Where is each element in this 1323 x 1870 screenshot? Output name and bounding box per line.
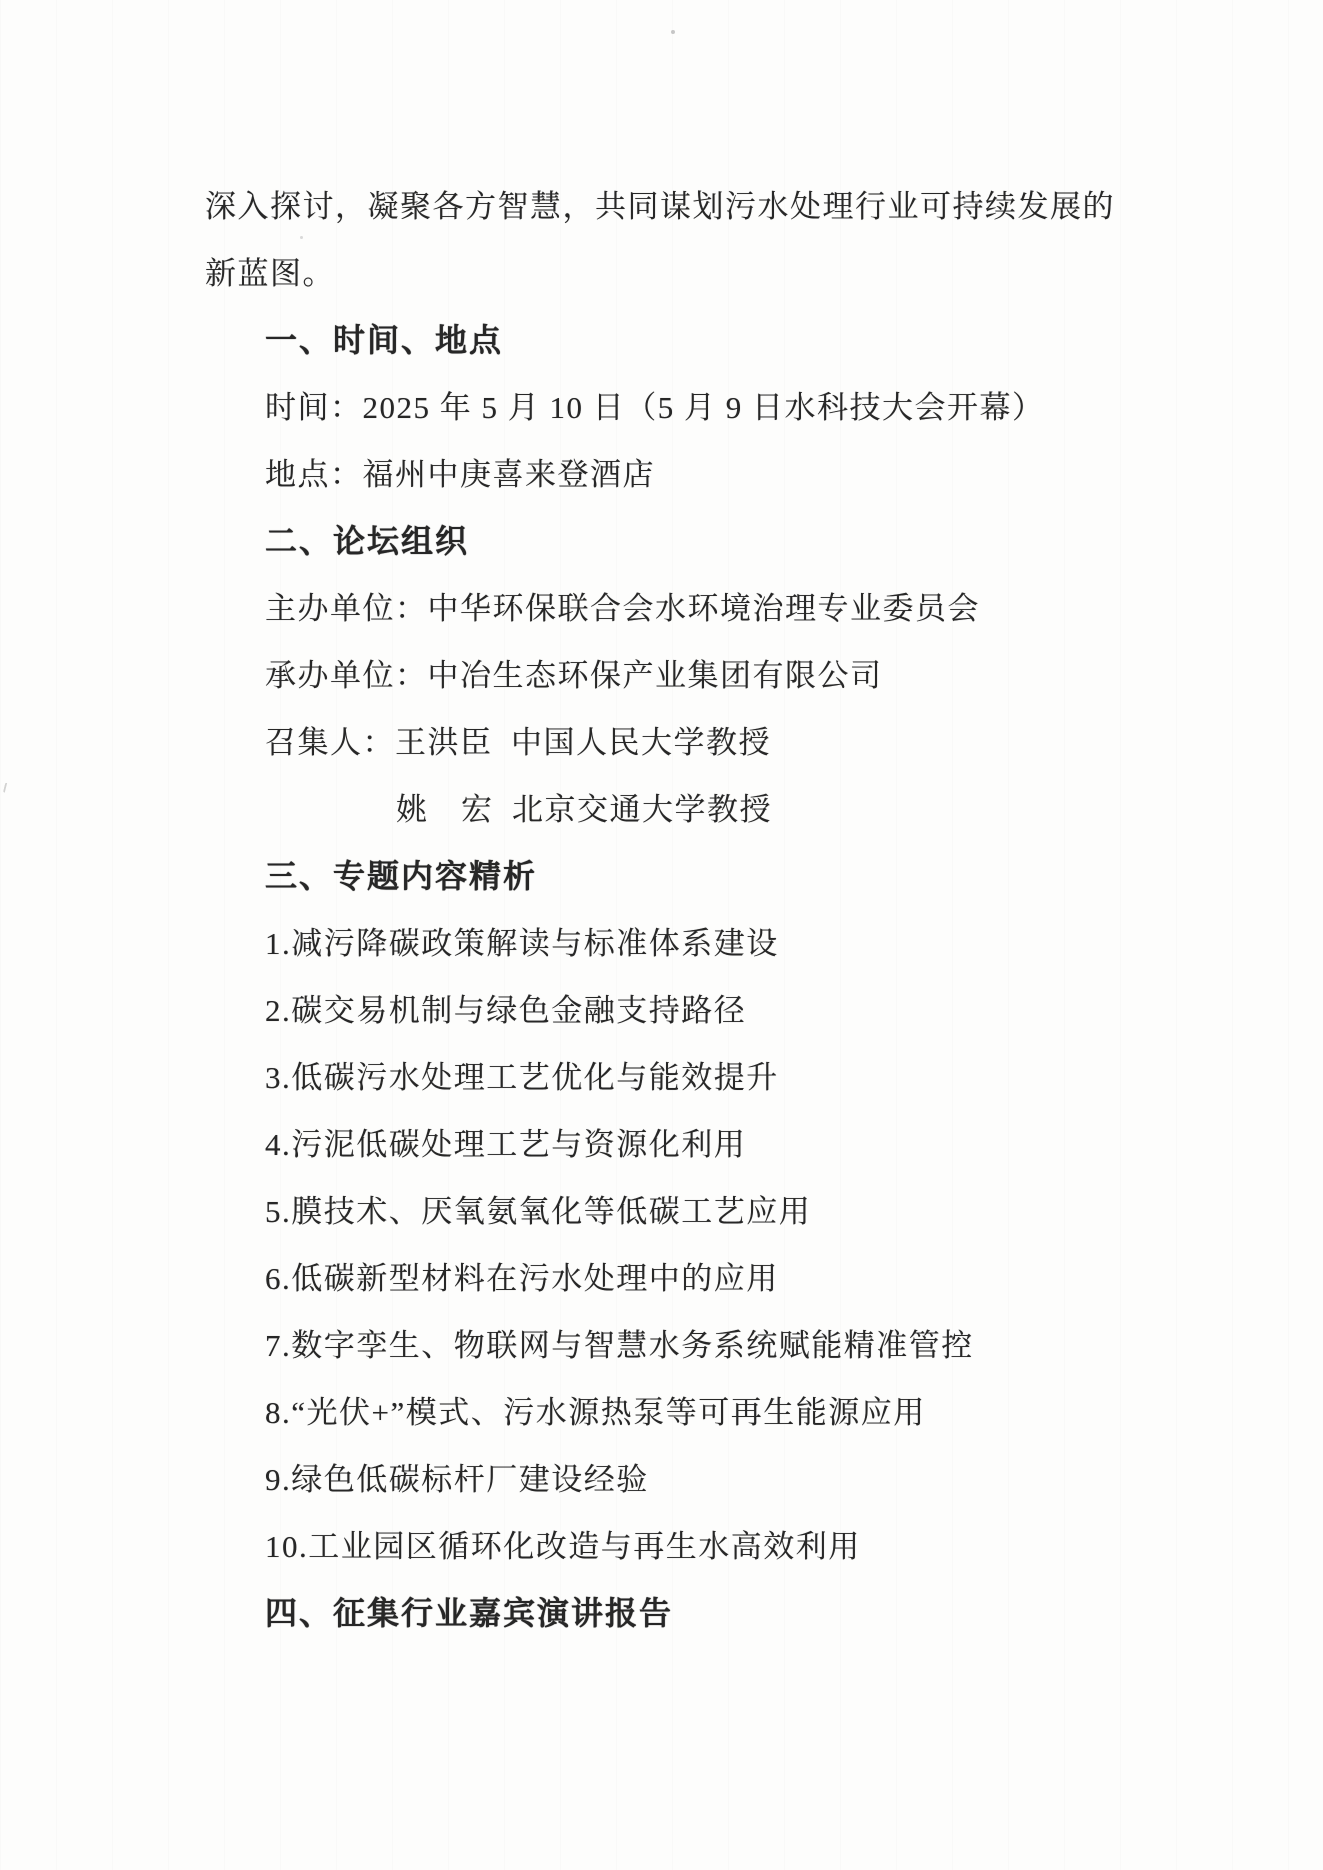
topic-item-4: 4.污泥低碳处理工艺与资源化利用 [0, 1108, 1323, 1175]
intro-line-2: 新蓝图。 [0, 237, 1323, 304]
scan-speck-top [671, 30, 675, 34]
section-4-heading: 四、征集行业嘉宾演讲报告 [0, 1577, 1323, 1644]
topic-item-3: 3.低碳污水处理工艺优化与能效提升 [0, 1041, 1323, 1108]
section-2-heading: 二、论坛组织 [0, 505, 1323, 572]
topic-item-2: 2.碳交易机制与绿色金融支持路径 [0, 974, 1323, 1041]
topic-item-5: 5.膜技术、厌氧氨氧化等低碳工艺应用 [0, 1175, 1323, 1242]
convener-line-2: 姚 宏 北京交通大学教授 [0, 773, 1323, 840]
topic-item-8: 8.“光伏+”模式、污水源热泵等可再生能源应用 [0, 1376, 1323, 1443]
time-line: 时间：2025 年 5 月 10 日（5 月 9 日水科技大会开幕） [0, 371, 1323, 438]
topic-item-1: 1.减污降碳政策解读与标准体系建设 [0, 907, 1323, 974]
intro-line-1: 深入探讨，凝聚各方智慧，共同谋划污水处理行业可持续发展的 [0, 170, 1323, 237]
document-body: 深入探讨，凝聚各方智慧，共同谋划污水处理行业可持续发展的 新蓝图。 一、时间、地… [0, 170, 1323, 1644]
topic-item-10: 10.工业园区循环化改造与再生水高效利用 [0, 1510, 1323, 1577]
topic-item-6: 6.低碳新型材料在污水处理中的应用 [0, 1242, 1323, 1309]
convener-line-1: 召集人：王洪臣 中国人民大学教授 [0, 706, 1323, 773]
organizer-unit-line: 承办单位：中冶生态环保产业集团有限公司 [0, 639, 1323, 706]
venue-line: 地点：福州中庚喜来登酒店 [0, 438, 1323, 505]
section-3-heading: 三、专题内容精析 [0, 840, 1323, 907]
topic-item-7: 7.数字孪生、物联网与智慧水务系统赋能精准管控 [0, 1309, 1323, 1376]
host-unit-line: 主办单位：中华环保联合会水环境治理专业委员会 [0, 572, 1323, 639]
section-1-heading: 一、时间、地点 [0, 304, 1323, 371]
topic-item-9: 9.绿色低碳标杆厂建设经验 [0, 1443, 1323, 1510]
scanned-document-page: 深入探讨，凝聚各方智慧，共同谋划污水处理行业可持续发展的 新蓝图。 一、时间、地… [0, 0, 1323, 1870]
